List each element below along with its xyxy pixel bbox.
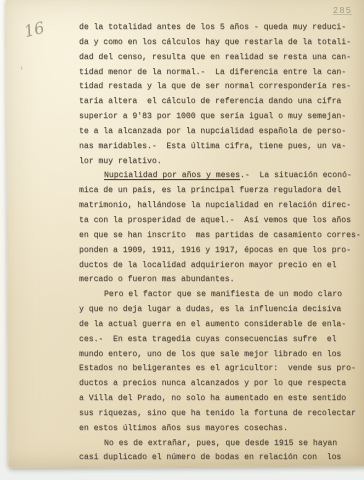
text-line: tidad menor de la normal.- La diferencia… [79,66,355,81]
paragraph: No es de extrañar, pues, que desde 1915 … [79,437,355,467]
underlined-heading: Nupcialidad por años y meses [104,171,240,180]
text-line: te a la alcanzada por la nupcialidad esp… [79,125,355,140]
page-number-stamp: 285 [333,6,352,16]
text-line: sus riquezas, sino que ha tenido la fort… [79,407,355,422]
text-line: mundo entero, uno de los que sale mejor … [79,348,355,363]
text-line: de la actual guerra en el aumento consid… [79,318,355,333]
text-line: da y como en los cálculos hay que restar… [79,36,355,51]
text-line: ductos de la localidad adquirieron mayor… [79,259,355,274]
text-line: No es de extrañar, pues, que desde 1915 … [79,437,355,452]
paragraph: de la totalidad antes de los 5 años - qu… [79,21,355,169]
text-line: y que no deja lugar a dudas, es la influ… [79,303,355,318]
text-line: casi duplicado el número de bodas en rel… [79,451,355,466]
text-line: ta con la prosperidad de aquel.- Así vem… [79,214,355,229]
text-line: dad del censo, resulta que en realidad s… [79,51,355,66]
text-line: matrimonio, hallándose la nupcialidad en… [79,199,355,214]
text-line: a Villa del Prado, no solo ha aumentado … [79,392,355,407]
text-line: Pero el factor que se manifiesta de un m… [79,288,355,303]
text-line: en estos últimos años sus mayores cosech… [79,422,355,437]
text-line: Estados no beligerantes es el agricultor… [79,362,355,377]
text-line: en que se han inscrito mas partidas de c… [79,229,355,244]
text-line: nas maridables.- Esta última cifra, tien… [79,140,355,155]
text-line: mercado o fueron mas abundantes. [79,273,355,288]
text-line: Nupcialidad por años y meses.- La situac… [79,169,355,184]
text-line: ponden a 1909, 1911, 1916 y 1917, épocas… [79,244,355,259]
paragraph: Nupcialidad por años y meses.- La situac… [79,169,355,288]
text-line: taría altera el cálculo de referencia da… [79,95,355,110]
paragraph: Pero el factor que se manifiesta de un m… [79,288,355,436]
text-line: lor muy relativo. [79,155,355,170]
text-line: ductos a precios nunca alcanzados y por … [79,377,355,392]
text-line: superior a 9'83 por 1000 que sería igual… [79,110,355,125]
text-line: tidad restada y la que de ser normal cor… [79,80,355,95]
typewritten-text: de la totalidad antes de los 5 años - qu… [79,21,355,466]
text-line: mica de un país, es la principal fuerza … [79,184,355,199]
text-line: ces.- En esta tragedia cuyas consecuenci… [79,333,355,348]
text-line: de la totalidad antes de los 5 años - qu… [79,21,355,36]
